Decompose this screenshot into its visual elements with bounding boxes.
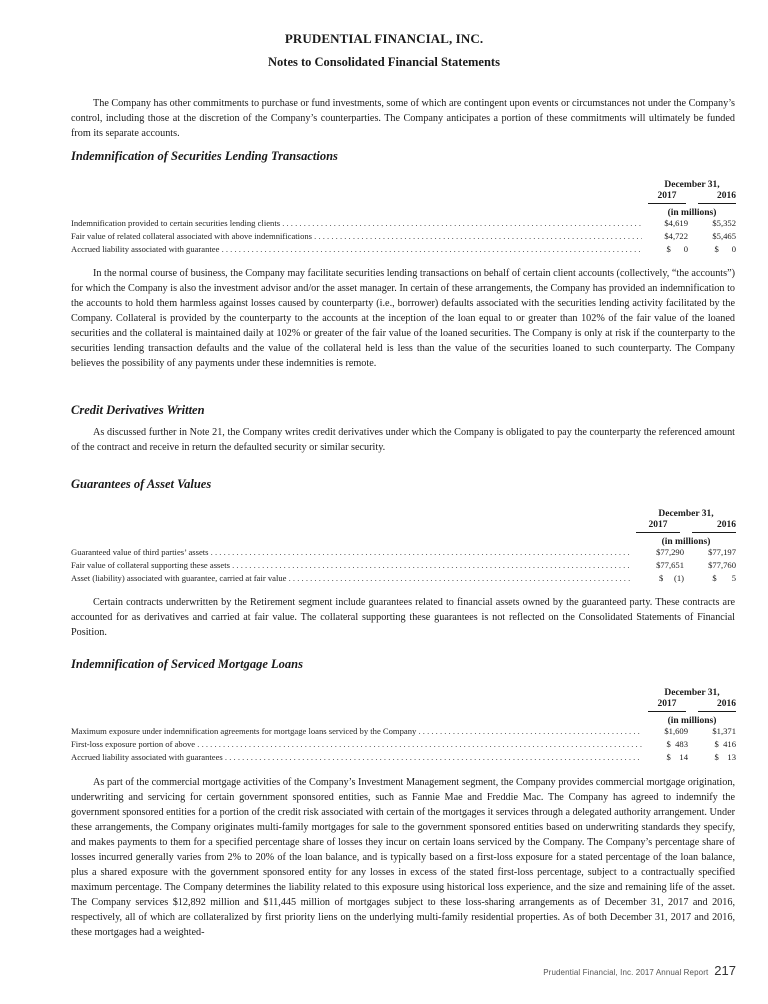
asset-values-paragraph: Certain contracts underwritten by the Re… xyxy=(71,595,735,640)
page-footer: Prudential Financial, Inc. 2017 Annual R… xyxy=(543,963,736,978)
section-heading-mortgage-loans: Indemnification of Serviced Mortgage Loa… xyxy=(71,657,303,672)
header-date: December 31, xyxy=(636,509,736,520)
securities-lending-paragraph: In the normal course of business, the Co… xyxy=(71,266,735,371)
table-row: Guaranteed value of third parties’ asset… xyxy=(71,546,736,559)
table-row: Asset (liability) associated with guaran… xyxy=(71,572,736,585)
table-row: Fair value of collateral supporting thes… xyxy=(71,559,736,572)
section-heading-securities-lending: Indemnification of Securities Lending Tr… xyxy=(71,149,338,164)
header-year-2016: 2016 xyxy=(692,520,736,533)
table-row: Accrued liability associated with guaran… xyxy=(71,751,736,764)
page-title: PRUDENTIAL FINANCIAL, INC. xyxy=(0,31,768,47)
credit-derivatives-paragraph: As discussed further in Note 21, the Com… xyxy=(71,425,735,455)
table-header: December 31, 2017 2016 (in millions) xyxy=(648,180,736,219)
header-year-2016: 2016 xyxy=(698,191,736,204)
table-row: Fair value of related collateral associa… xyxy=(71,230,736,243)
table-header: December 31, 2017 2016 (in millions) xyxy=(636,509,736,548)
page-subtitle: Notes to Consolidated Financial Statemen… xyxy=(0,55,768,70)
header-date: December 31, xyxy=(648,688,736,699)
header-date: December 31, xyxy=(648,180,736,191)
header-year-2017: 2017 xyxy=(648,699,686,712)
table-row: Maximum exposure under indemnification a… xyxy=(71,725,736,738)
table-header: December 31, 2017 2016 (in millions) xyxy=(648,688,736,727)
table-row: Indemnification provided to certain secu… xyxy=(71,217,736,230)
header-year-2016: 2016 xyxy=(698,699,736,712)
section-heading-credit-derivatives: Credit Derivatives Written xyxy=(71,403,205,418)
footer-report-title: Prudential Financial, Inc. 2017 Annual R… xyxy=(543,968,708,977)
table-row: First-loss exposure portion of above $ 4… xyxy=(71,738,736,751)
header-year-2017: 2017 xyxy=(636,520,680,533)
header-year-2017: 2017 xyxy=(648,191,686,204)
page-number: 217 xyxy=(714,963,736,978)
section-heading-asset-values: Guarantees of Asset Values xyxy=(71,477,211,492)
table-row: Accrued liability associated with guaran… xyxy=(71,243,736,256)
mortgage-loans-paragraph: As part of the commercial mortgage activ… xyxy=(71,775,735,940)
intro-paragraph: The Company has other commitments to pur… xyxy=(71,96,735,141)
